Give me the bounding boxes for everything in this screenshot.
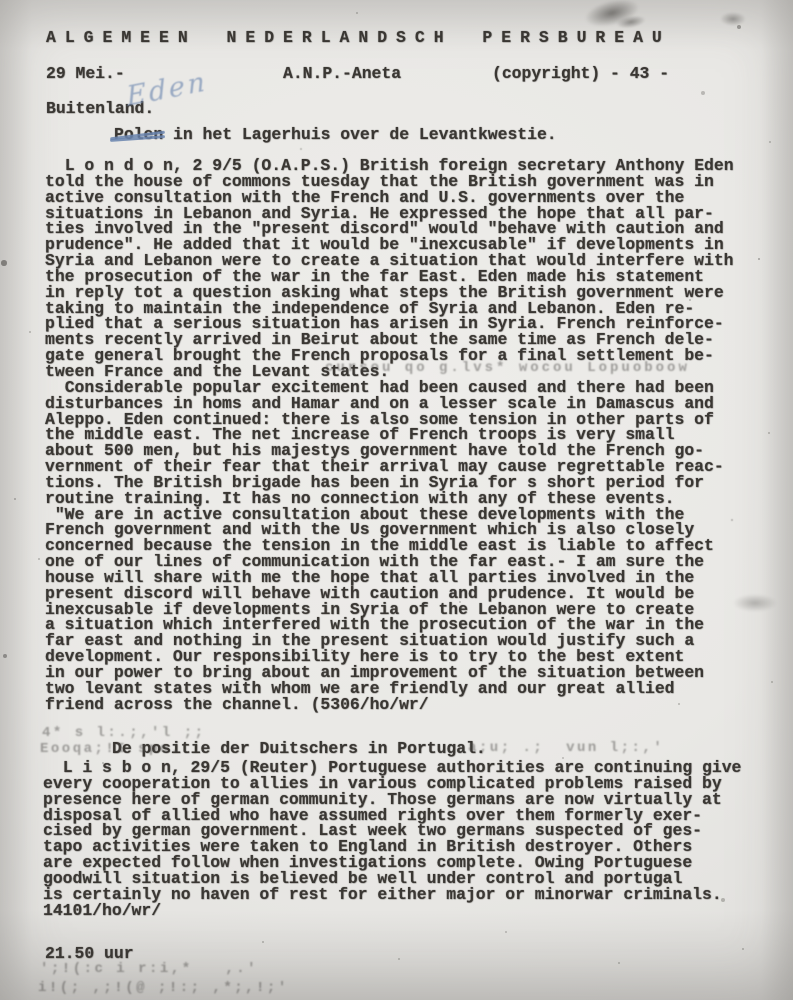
copyright-note: (copyright) - 43 - <box>492 66 669 82</box>
handwritten-annotation: Eden <box>126 74 208 106</box>
service-name: A.N.P.-Aneta <box>283 66 401 82</box>
article-title: De positie der Duitschers in Portugal. <box>112 741 486 757</box>
article-title: Polen in het Lagerhuis over de Levantkwe… <box>114 127 557 143</box>
article-text: L i s b o n, 29/5 (Reuter) Portuguese au… <box>43 760 779 918</box>
article-title-rest: in het Lagerhuis over de Levantkwestie. <box>163 125 556 144</box>
date-label: 29 Mei.- <box>46 66 125 82</box>
article-text: L o n d o n, 2 9/5 (O.A.P.S.) British fo… <box>45 158 775 713</box>
struck-word: Polen <box>114 127 163 143</box>
ink-blot <box>720 12 746 26</box>
offset-ghost-text: a;u; .; vun l;:,' <box>468 741 664 757</box>
agency-name: ALGEMEEN NEDERLANDSCH PERSBUREAU <box>46 30 671 46</box>
offset-ghost-text: i!(; ,;!(@ ;!:; ,*;,!;' <box>38 981 289 997</box>
paper-specks <box>0 0 2 2</box>
offset-ghost-text: ';!(:c i r:i,* ,.' <box>40 962 258 978</box>
scanned-telegram-page: ALGEMEEN NEDERLANDSCH PERSBUREAU 29 Mei.… <box>0 0 793 1000</box>
timestamp: 21.50 uur <box>45 946 134 962</box>
